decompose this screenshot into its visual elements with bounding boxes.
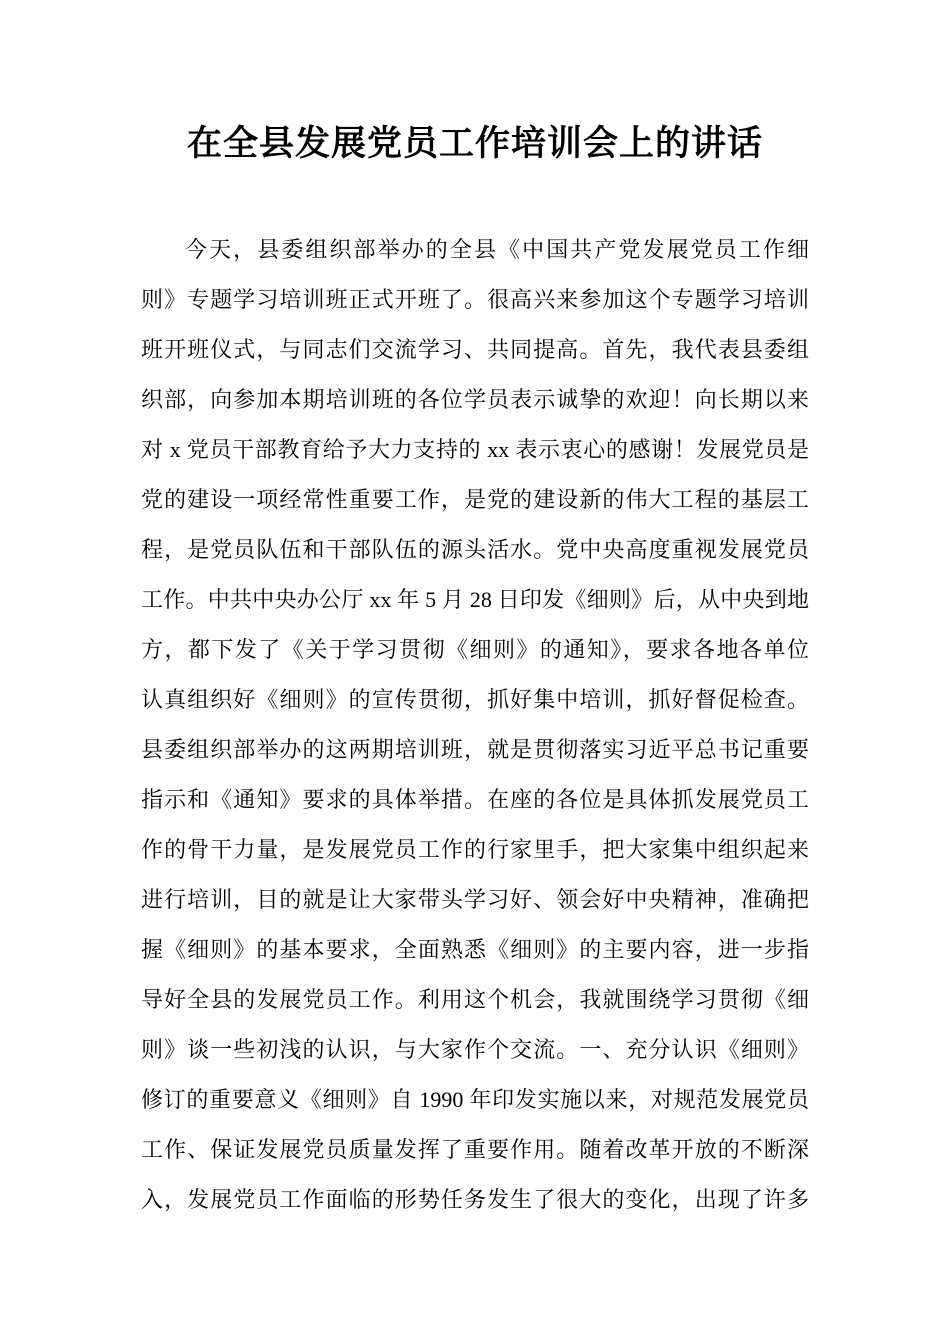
text-line: 指示和《通知》要求的具体举措。在座的各位是具体抓发展党员工	[141, 775, 809, 825]
text-line: 工作、保证发展党员质量发挥了重要作用。随着改革开放的不断深	[141, 1125, 809, 1175]
document-page: 在全县发展党员工作培训会上的讲话 今天，县委组织部举办的全县《中国共产党发展党员…	[0, 0, 950, 1344]
text-line: 作的骨干力量，是发展党员工作的行家里手，把大家集中组织起来	[141, 825, 809, 875]
text-line: 县委组织部举办的这两期培训班，就是贯彻落实习近平总书记重要	[141, 725, 809, 775]
text-line: 班开班仪式，与同志们交流学习、共同提高。首先，我代表县委组	[141, 325, 809, 375]
text-line: 对 x 党员干部教育给予大力支持的 xx 表示衷心的感谢！发展党员是	[141, 425, 809, 475]
text-line: 修订的重要意义《细则》自 1990 年印发实施以来，对规范发展党员	[141, 1075, 809, 1125]
text-line: 则》谈一些初浅的认识，与大家作个交流。一、充分认识《细则》	[141, 1025, 809, 1075]
text-line: 握《细则》的基本要求，全面熟悉《细则》的主要内容，进一步指	[141, 925, 809, 975]
text-line: 进行培训，目的就是让大家带头学习好、领会好中央精神，准确把	[141, 875, 809, 925]
text-line: 党的建设一项经常性重要工作，是党的建设新的伟大工程的基层工	[141, 475, 809, 525]
text-line: 工作。中共中央办公厅 xx 年 5 月 28 日印发《细则》后，从中央到地	[141, 575, 809, 625]
text-line: 今天，县委组织部举办的全县《中国共产党发展党员工作细	[141, 225, 809, 275]
text-line: 方，都下发了《关于学习贯彻《细则》的通知》，要求各地各单位	[141, 625, 809, 675]
text-line: 织部，向参加本期培训班的各位学员表示诚挚的欢迎！向长期以来	[141, 375, 809, 425]
text-line: 认真组织好《细则》的宣传贯彻，抓好集中培训，抓好督促检查。	[141, 675, 809, 725]
document-title: 在全县发展党员工作培训会上的讲话	[0, 0, 950, 170]
text-line: 入，发展党员工作面临的形势任务发生了很大的变化，出现了许多	[141, 1175, 809, 1225]
text-line: 导好全县的发展党员工作。利用这个机会，我就围绕学习贯彻《细	[141, 975, 809, 1025]
text-line: 则》专题学习培训班正式开班了。很高兴来参加这个专题学习培训	[141, 275, 809, 325]
document-body: 今天，县委组织部举办的全县《中国共产党发展党员工作细则》专题学习培训班正式开班了…	[141, 225, 809, 1225]
text-line: 程，是党员队伍和干部队伍的源头活水。党中央高度重视发展党员	[141, 525, 809, 575]
